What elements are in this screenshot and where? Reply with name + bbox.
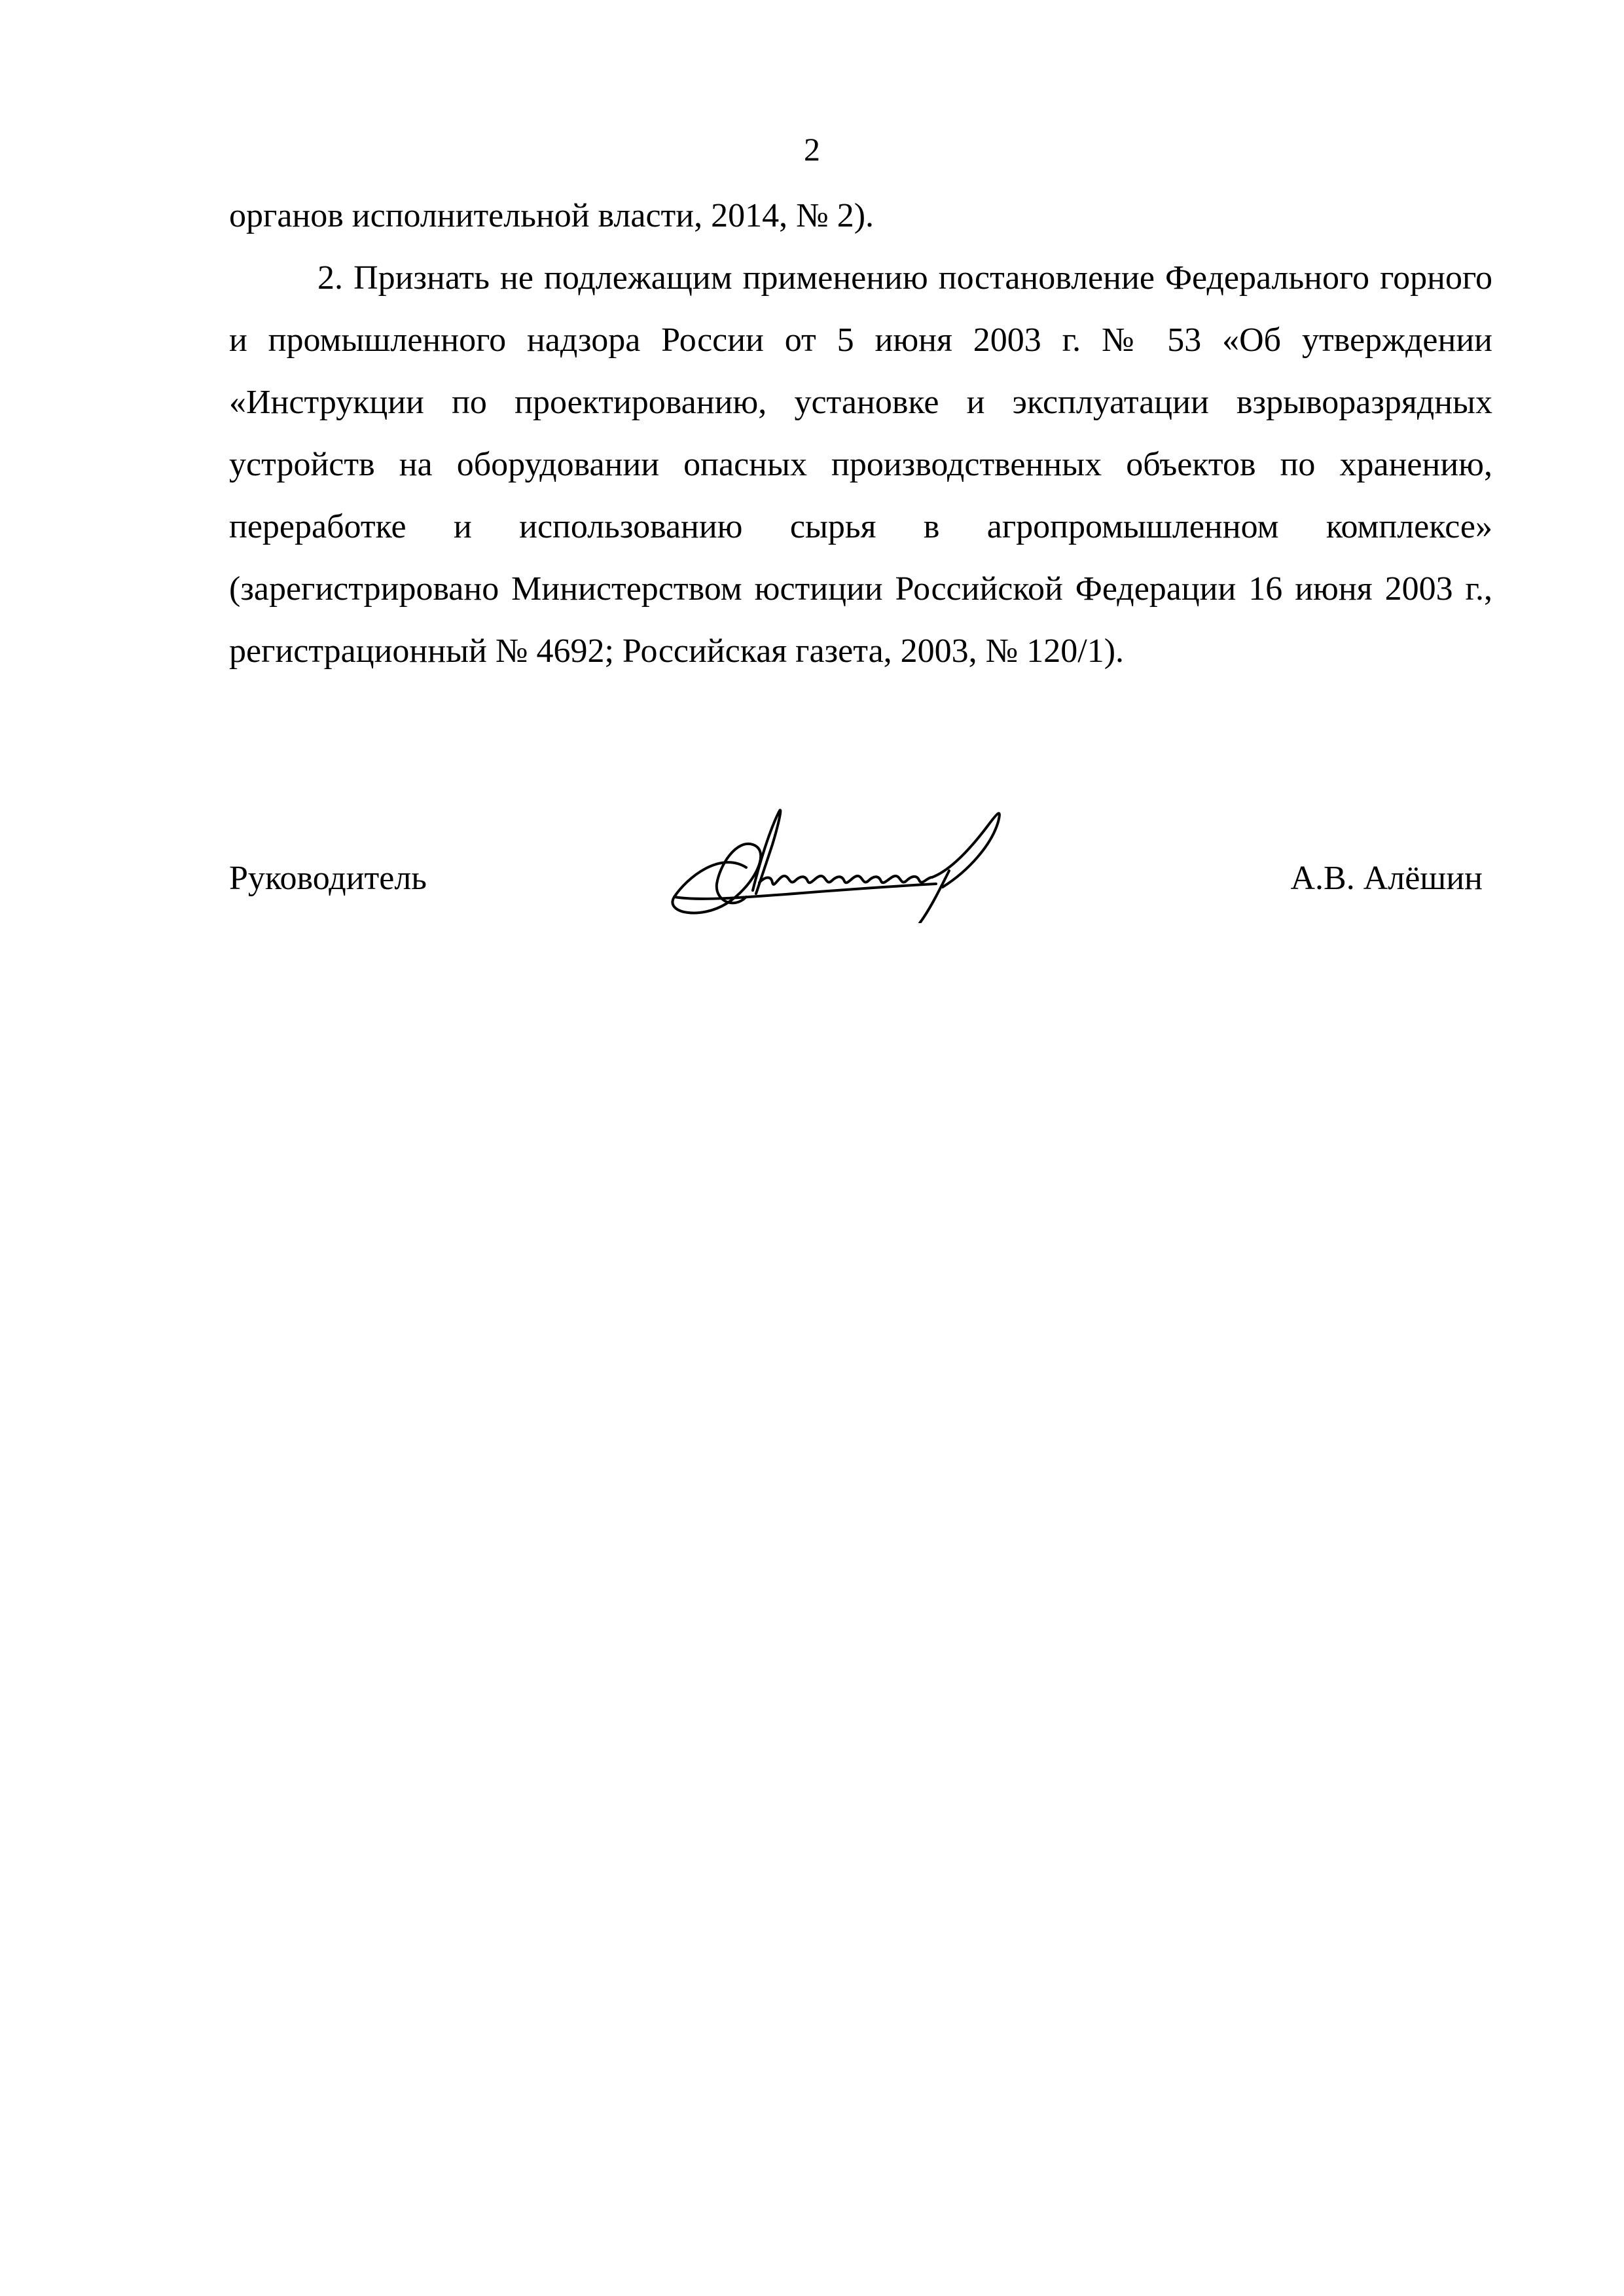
continuation-line: органов исполнительной власти, 2014, № 2…	[229, 185, 1492, 247]
document-body: органов исполнительной власти, 2014, № 2…	[229, 185, 1492, 682]
paragraph-number: 2.	[317, 259, 343, 297]
paragraph-2: 2. Признать не подлежащим применению пос…	[229, 247, 1492, 682]
signatory-position: Руководитель	[229, 859, 427, 898]
signature-block: Руководитель А.В. Алёшин	[229, 805, 1483, 917]
page-number: 2	[0, 130, 1624, 169]
paragraph-text: Признать не подлежащим применению постан…	[229, 259, 1492, 670]
signatory-name: А.В. Алёшин	[1290, 859, 1483, 898]
handwritten-signature-icon	[661, 805, 1119, 923]
